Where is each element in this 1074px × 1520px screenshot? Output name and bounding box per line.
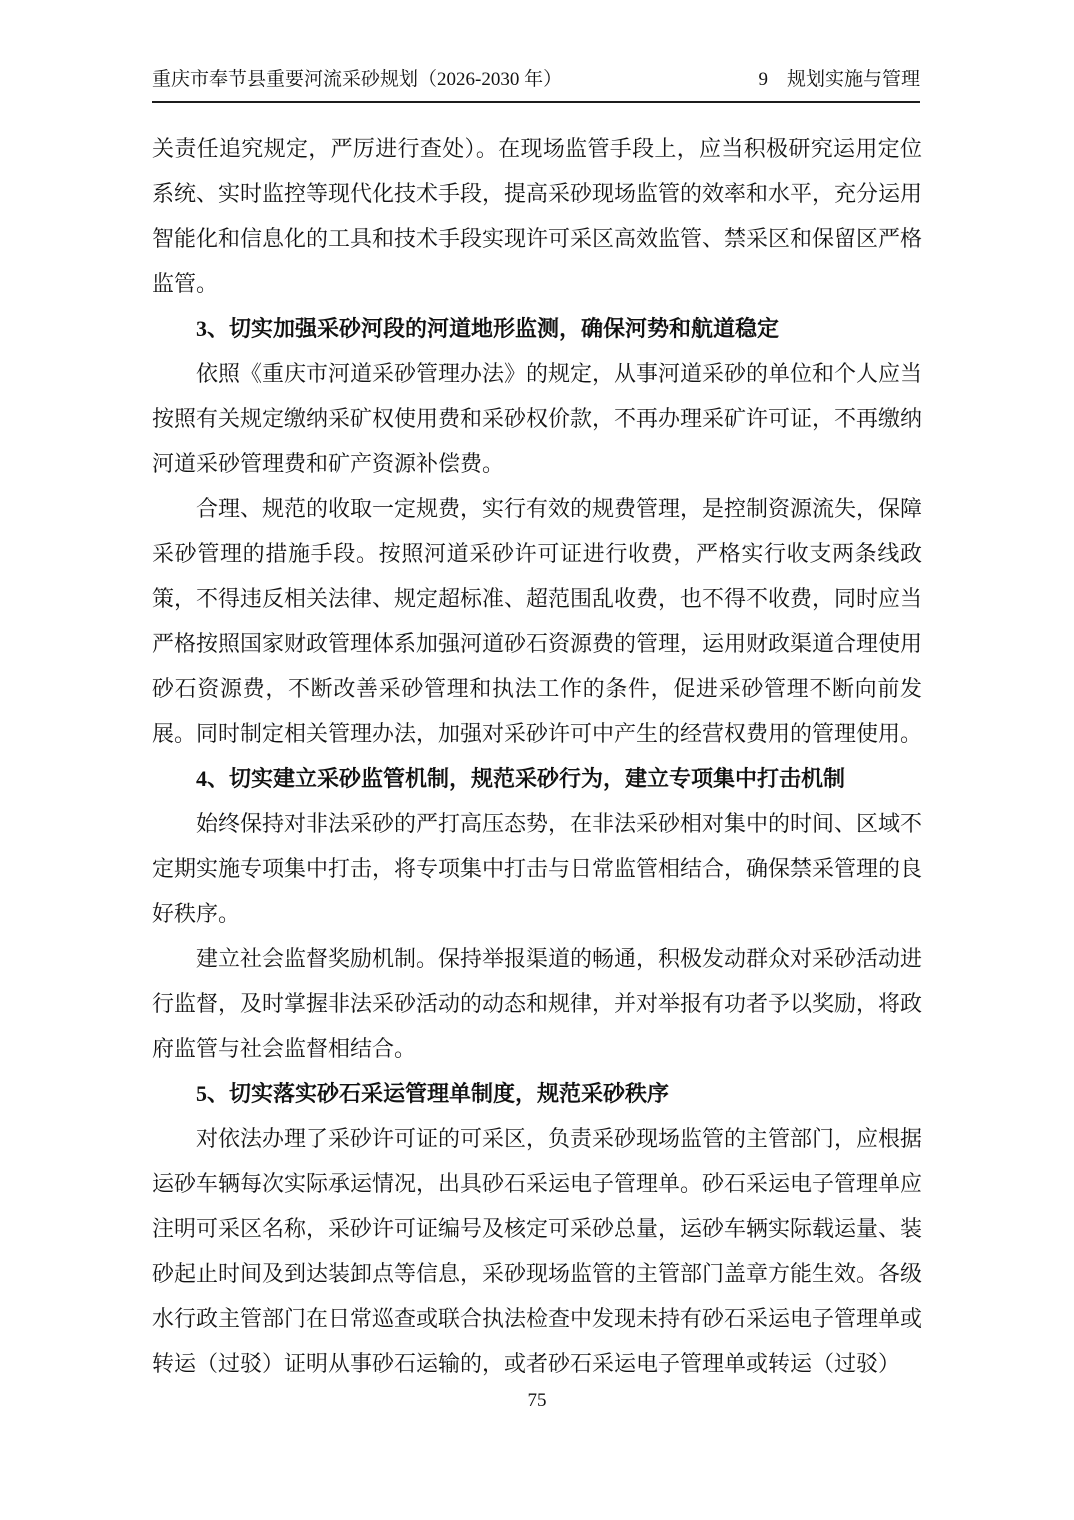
section-heading-4: 4、切实建立采砂监管机制，规范采砂行为，建立专项集中打击机制 — [152, 756, 922, 801]
page-header: 重庆市奉节县重要河流采砂规划（2026-2030 年） 9 规划实施与管理 — [152, 66, 920, 103]
paragraph-continued-from-previous-page: 关责任追究规定，严厉进行查处）。在现场监管手段上，应当积极研究运用定位系统、实时… — [152, 126, 922, 306]
header-doc-title: 重庆市奉节县重要河流采砂规划（2026-2030 年） — [152, 66, 562, 94]
paragraph: 建立社会监督奖励机制。保持举报渠道的畅通，积极发动群众对采砂活动进行监督，及时掌… — [152, 936, 922, 1071]
section-heading-3: 3、切实加强采砂河段的河道地形监测，确保河势和航道稳定 — [152, 306, 922, 351]
document-page: 重庆市奉节县重要河流采砂规划（2026-2030 年） 9 规划实施与管理 关责… — [0, 0, 1074, 1520]
page-number: 75 — [528, 1390, 547, 1411]
header-chapter-title: 9 规划实施与管理 — [758, 66, 920, 94]
paragraph: 对依法办理了采砂许可证的可采区，负责采砂现场监管的主管部门，应根据运砂车辆每次实… — [152, 1116, 922, 1386]
paragraph: 始终保持对非法采砂的严打高压态势，在非法采砂相对集中的时间、区域不定期实施专项集… — [152, 801, 922, 936]
page-body: 关责任追究规定，严厉进行查处）。在现场监管手段上，应当积极研究运用定位系统、实时… — [152, 126, 922, 1386]
paragraph: 合理、规范的收取一定规费，实行有效的规费管理，是控制资源流失，保障采砂管理的措施… — [152, 486, 922, 756]
paragraph: 依照《重庆市河道采砂管理办法》的规定，从事河道采砂的单位和个人应当按照有关规定缴… — [152, 351, 922, 486]
section-heading-5: 5、切实落实砂石采运管理单制度，规范采砂秩序 — [152, 1071, 922, 1116]
page-footer: 75 — [0, 1386, 1074, 1416]
